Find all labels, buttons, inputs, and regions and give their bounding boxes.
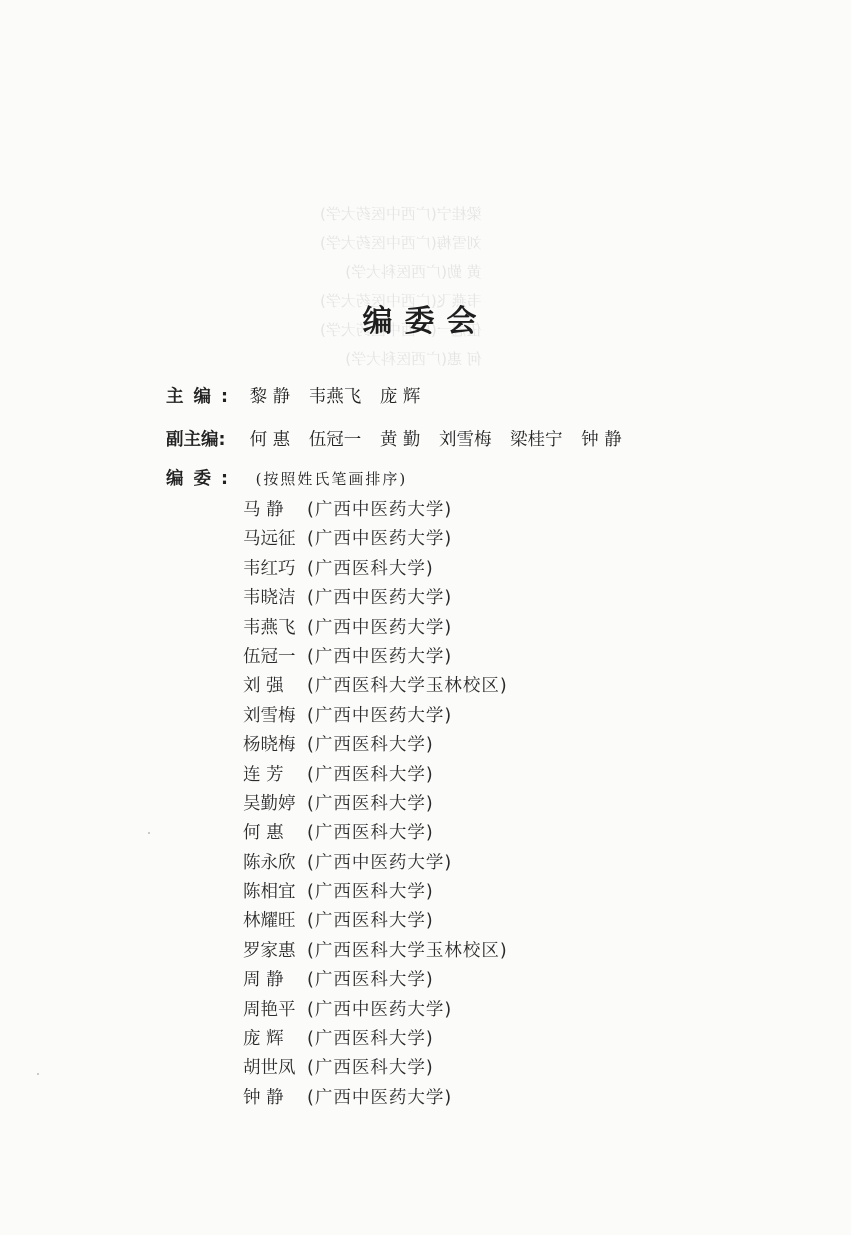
member-affiliation: (广西医科大学): [307, 559, 434, 579]
member-name: 韦红巧: [243, 555, 307, 584]
list-item: 连 芳(广西医科大学): [243, 761, 508, 790]
member-affiliation: (广西医科大学): [307, 823, 434, 843]
member-name: 韦燕飞: [243, 614, 307, 643]
list-item: 刘 强(广西医科大学玉林校区): [243, 672, 508, 701]
chief-editors-row: 主编: 黎 静 韦燕飞 庞 辉: [166, 383, 433, 408]
member-affiliation: (广西医科大学): [307, 882, 434, 902]
list-item: 罗家惠(广西医科大学玉林校区): [243, 937, 508, 966]
member-affiliation: (广西中医药大学): [307, 1088, 452, 1108]
deputy-editor: 伍冠一: [309, 430, 362, 450]
bleed-through-text: 梁桂宁(广西中医药大学) 刘雪梅(广西中医药大学) 黄 勤(广西医科大学) 韦燕…: [320, 200, 482, 374]
member-name: 钟 静: [243, 1084, 307, 1113]
list-item: 周 静(广西医科大学): [243, 966, 508, 995]
list-item: 刘雪梅(广西中医药大学): [243, 702, 508, 731]
board-members-list: 马 静(广西中医药大学) 马远征(广西中医药大学) 韦红巧(广西医科大学) 韦晓…: [243, 496, 508, 1113]
member-name: 马远征: [243, 525, 307, 554]
member-affiliation: (广西中医药大学): [307, 853, 452, 873]
board-sort-note: (按照姓氏笔画排序): [256, 470, 408, 488]
member-affiliation: (广西中医药大学): [307, 500, 452, 520]
list-item: 韦红巧(广西医科大学): [243, 555, 508, 584]
list-item: 庞 辉(广西医科大学): [243, 1025, 508, 1054]
deputy-editor: 刘雪梅: [439, 430, 492, 450]
page-title: 编委会: [0, 296, 851, 340]
deputy-editor: 钟 静: [581, 430, 622, 450]
member-name: 陈永欣: [243, 849, 307, 878]
list-item: 陈永欣(广西中医药大学): [243, 849, 508, 878]
scan-speck: [148, 832, 150, 834]
member-name: 刘 强: [243, 672, 307, 701]
list-item: 吴勤婷(广西医科大学): [243, 790, 508, 819]
member-name: 刘雪梅: [243, 702, 307, 731]
member-affiliation: (广西中医药大学): [307, 618, 452, 638]
member-affiliation: (广西中医药大学): [307, 588, 452, 608]
list-item: 伍冠一(广西中医药大学): [243, 643, 508, 672]
list-item: 马 静(广西中医药大学): [243, 496, 508, 525]
member-name: 周艳平: [243, 996, 307, 1025]
deputy-editor: 黄 勤: [380, 430, 421, 450]
deputy-editors-names: 何 惠 伍冠一 黄 勤 刘雪梅 梁桂宁 钟 静: [250, 430, 635, 450]
list-item: 何 惠(广西医科大学): [243, 819, 508, 848]
deputy-editor: 梁桂宁: [510, 430, 563, 450]
scan-speck: [37, 1073, 39, 1075]
member-name: 胡世凤: [243, 1054, 307, 1083]
chief-editor: 庞 辉: [380, 387, 421, 407]
member-affiliation: (广西医科大学): [307, 735, 434, 755]
list-item: 陈相宜(广西医科大学): [243, 878, 508, 907]
member-affiliation: (广西医科大学): [307, 970, 434, 990]
list-item: 马远征(广西中医药大学): [243, 525, 508, 554]
list-item: 韦燕飞(广西中医药大学): [243, 614, 508, 643]
list-item: 韦晓洁(广西中医药大学): [243, 584, 508, 613]
list-item: 钟 静(广西中医药大学): [243, 1084, 508, 1113]
member-name: 罗家惠: [243, 937, 307, 966]
list-item: 周艳平(广西中医药大学): [243, 996, 508, 1025]
member-name: 马 静: [243, 496, 307, 525]
member-affiliation: (广西中医药大学): [307, 529, 452, 549]
member-affiliation: (广西医科大学): [307, 794, 434, 814]
member-affiliation: (广西医科大学玉林校区): [307, 941, 508, 961]
deputy-editors-row: 副主编: 何 惠 伍冠一 黄 勤 刘雪梅 梁桂宁 钟 静: [166, 426, 635, 451]
deputy-editor: 何 惠: [250, 430, 291, 450]
member-name: 周 静: [243, 966, 307, 995]
list-item: 杨晓梅(广西医科大学): [243, 731, 508, 760]
member-name: 连 芳: [243, 761, 307, 790]
member-name: 杨晓梅: [243, 731, 307, 760]
member-name: 何 惠: [243, 819, 307, 848]
member-affiliation: (广西中医药大学): [307, 647, 452, 667]
member-name: 伍冠一: [243, 643, 307, 672]
list-item: 胡世凤(广西医科大学): [243, 1054, 508, 1083]
member-affiliation: (广西中医药大学): [307, 1000, 452, 1020]
document-page: 梁桂宁(广西中医药大学) 刘雪梅(广西中医药大学) 黄 勤(广西医科大学) 韦燕…: [0, 0, 851, 1235]
member-name: 陈相宜: [243, 878, 307, 907]
member-affiliation: (广西医科大学): [307, 1058, 434, 1078]
member-affiliation: (广西医科大学): [307, 765, 434, 785]
member-name: 林耀旺: [243, 907, 307, 936]
deputy-editors-label: 副主编:: [166, 426, 244, 451]
chief-editors-label: 主编:: [166, 383, 244, 408]
member-affiliation: (广西医科大学): [307, 1029, 434, 1049]
member-name: 吴勤婷: [243, 790, 307, 819]
board-label: 编委:: [166, 465, 250, 490]
member-affiliation: (广西中医药大学): [307, 706, 452, 726]
member-affiliation: (广西医科大学): [307, 911, 434, 931]
list-item: 林耀旺(广西医科大学): [243, 907, 508, 936]
chief-editors-names: 黎 静 韦燕飞 庞 辉: [250, 387, 434, 407]
chief-editor: 黎 静: [250, 387, 291, 407]
board-row: 编委: (按照姓氏笔画排序): [166, 465, 407, 490]
member-affiliation: (广西医科大学玉林校区): [307, 676, 508, 696]
member-name: 韦晓洁: [243, 584, 307, 613]
chief-editor: 韦燕飞: [309, 387, 362, 407]
member-name: 庞 辉: [243, 1025, 307, 1054]
